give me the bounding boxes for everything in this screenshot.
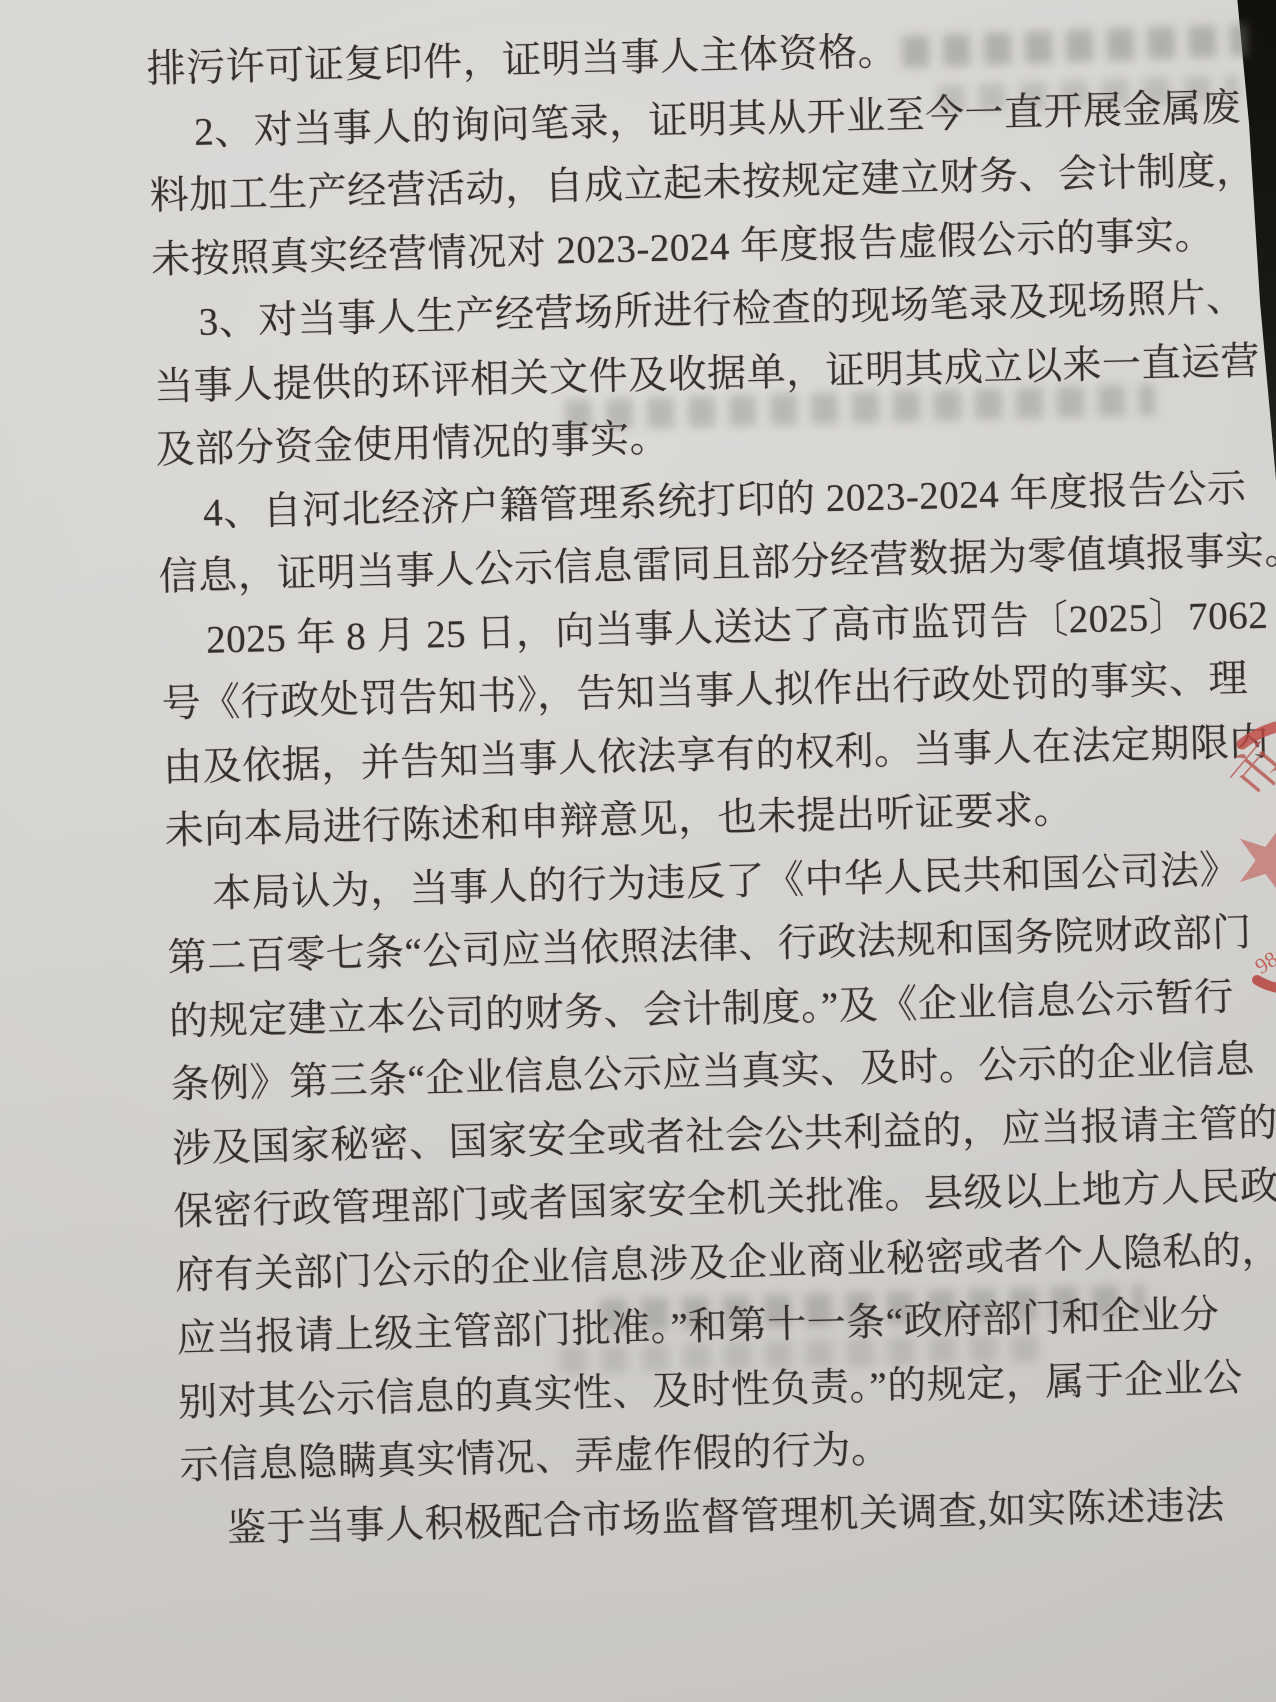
document-photo: 排污许可证复印件，证明当事人主体资格。2、对当事人的询问笔录，证明其从开业至今一… [0, 0, 1276, 1702]
stamp-star-icon: ★ [1215, 798, 1276, 920]
official-seal-stamp-partial: 市 ★ 98 [1106, 692, 1276, 1012]
stamp-arc-bottom-icon [1257, 980, 1276, 989]
document-text: 排污许可证复印件，证明当事人主体资格。2、对当事人的询问笔录，证明其从开业至今一… [146, 15, 1142, 1561]
photo-background-edge [1234, 0, 1276, 480]
stamp-digits: 98 [1250, 946, 1276, 979]
